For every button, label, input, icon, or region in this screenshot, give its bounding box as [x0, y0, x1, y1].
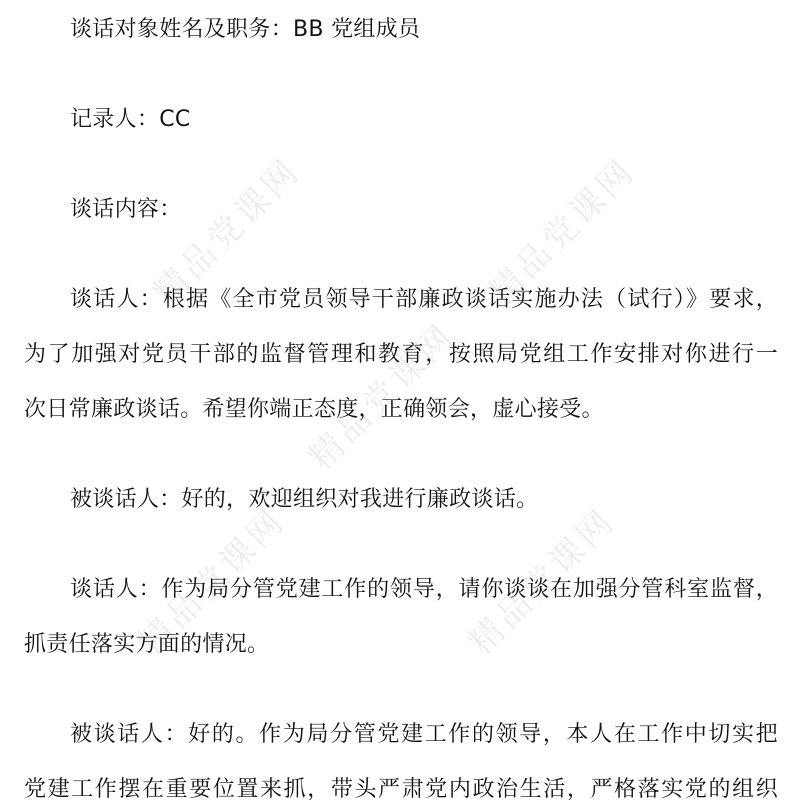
document-line: 被谈话人：好的。作为局分管党建工作的领导，本人在工作中切实把 — [70, 720, 778, 750]
document-line: 为了加强对党员干部的监督管理和教育，按照局党组工作安排对你进行一 — [24, 340, 778, 370]
document-line: 被谈话人：好的，欢迎组织对我进行廉政谈话。 — [70, 485, 800, 515]
document-line: 谈话对象姓名及职务：BB 党组成员 — [70, 15, 800, 45]
document-line: 谈话人：根据《全市党员领导干部廉政谈话实施办法（试行）》要求， — [70, 285, 778, 315]
document-line: 党建工作摆在重要位置来抓，带头严肃党内政治生活，严格落实党的组织 — [24, 775, 778, 800]
document-line: 谈话人：作为局分管党建工作的领导，请你谈谈在加强分管科室监督， — [70, 575, 778, 605]
document-line: 谈话内容： — [70, 195, 800, 225]
document-line: 次日常廉政谈话。希望你端正态度，正确领会，虚心接受。 — [24, 395, 784, 425]
document-line: 记录人：CC — [70, 105, 800, 135]
document-line: 抓责任落实方面的情况。 — [24, 630, 784, 660]
document-page: 精品党课网精品党课网精品党课网精品党课网精品党课网谈话对象姓名及职务：BB 党组… — [0, 0, 800, 800]
